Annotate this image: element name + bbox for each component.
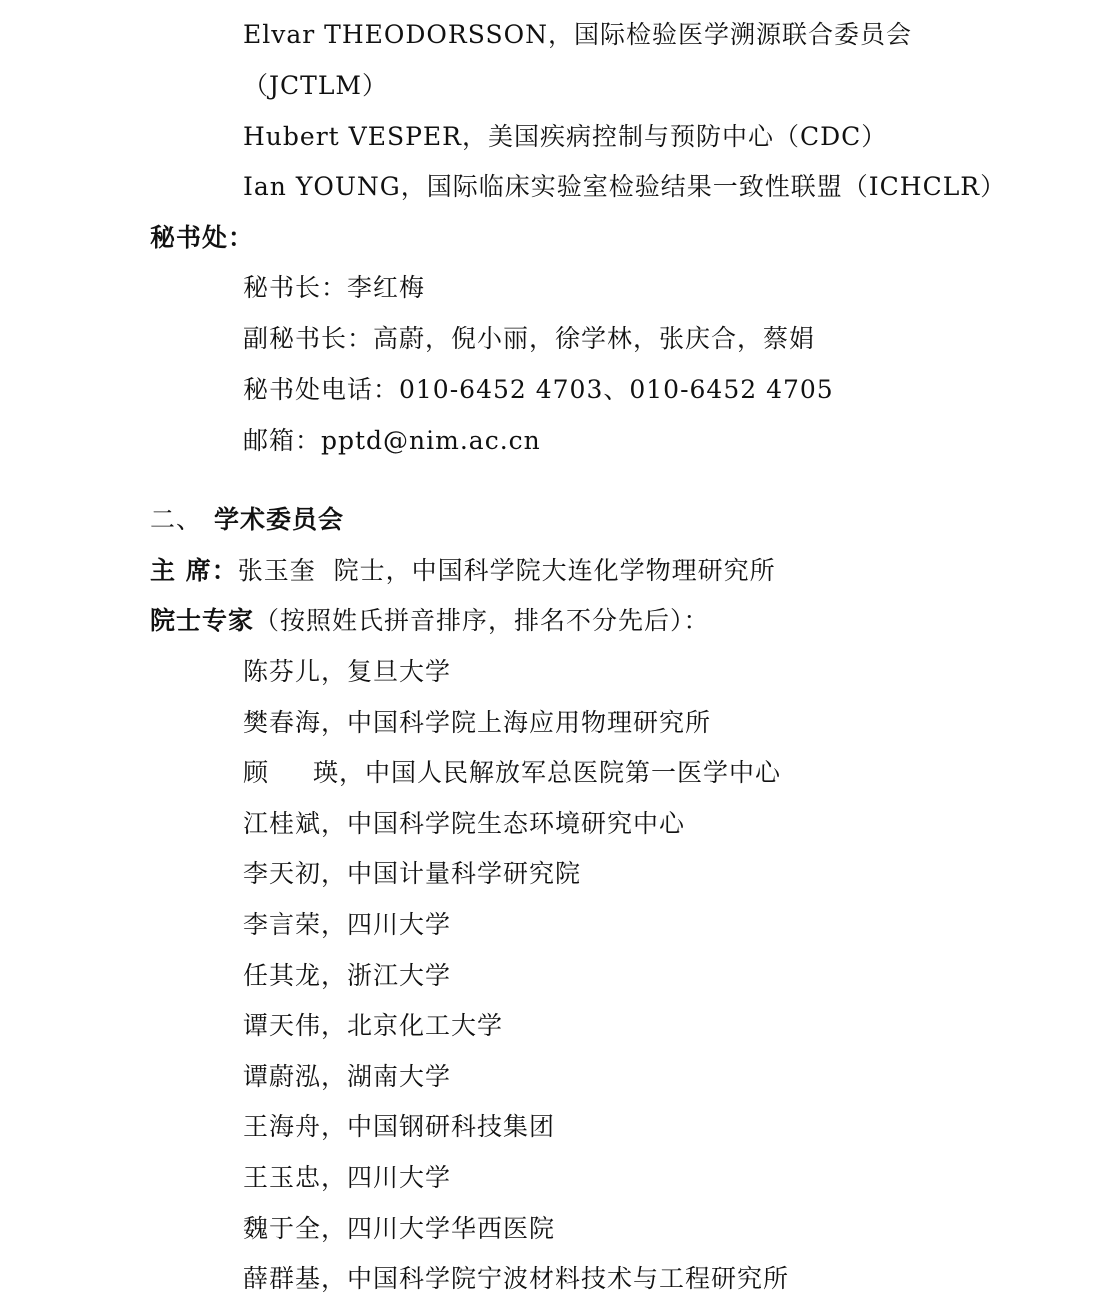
secretariat-email: 邮箱：pptd@nim.ac.cn — [243, 425, 541, 457]
list-item: 樊春海，中国科学院上海应用物理研究所 — [243, 707, 711, 739]
academicians-line: 院士专家（按照姓氏拼音排序，排名不分先后）： — [150, 605, 710, 637]
member-name: Ian YOUNG — [243, 172, 401, 201]
secretary-general: 秘书长：李红梅 — [243, 272, 425, 304]
intl-member-young: Ian YOUNG，国际临床实验室检验结果一致性联盟（ICHCLR） — [243, 171, 1006, 203]
list-item: 李言荣，四川大学 — [243, 909, 451, 941]
list-item: 江桂斌，中国科学院生态环境研究中心 — [243, 808, 685, 840]
deputy-secretaries: 副秘书长：高蔚，倪小丽，徐学林，张庆合，蔡娟 — [243, 323, 815, 355]
list-item: 魏于全，四川大学华西医院 — [243, 1213, 555, 1245]
intl-member-theodorsson: Elvar THEODORSSON，国际检验医学溯源联合委员会 — [243, 19, 912, 51]
list-item: 李天初，中国计量科学研究院 — [243, 858, 581, 890]
member-org: 国际检验医学溯源联合委员会 — [574, 20, 912, 49]
chair-line: 主 席：张玉奎 院士，中国科学院大连化学物理研究所 — [150, 555, 776, 587]
list-item: 王海舟，中国钢研科技集团 — [243, 1111, 555, 1143]
chair-value: 张玉奎 院士，中国科学院大连化学物理研究所 — [238, 556, 776, 585]
section-number: 二、 — [150, 505, 202, 534]
list-item: 陈芬儿，复旦大学 — [243, 656, 451, 688]
list-item: 谭天伟，北京化工大学 — [243, 1010, 503, 1042]
section-title: 学术委员会 — [214, 505, 344, 534]
intl-member-vesper: Hubert VESPER，美国疾病控制与预防中心（CDC） — [243, 121, 887, 153]
list-item: 王玉忠，四川大学 — [243, 1162, 451, 1194]
list-item: 谭蔚泓，湖南大学 — [243, 1061, 451, 1093]
secretariat-heading: 秘书处： — [150, 222, 254, 254]
member-org: 美国疾病控制与预防中心（CDC） — [488, 122, 887, 151]
secretariat-phone: 秘书处电话：010-6452 4703、010-6452 4705 — [243, 374, 834, 406]
member-org: 国际临床实验室检验结果一致性联盟（ICHCLR） — [427, 172, 1006, 201]
list-item: 顾瑛，中国人民解放军总医院第一医学中心 — [243, 757, 781, 789]
chair-label: 主 席： — [150, 556, 238, 585]
intl-member-continuation: （JCTLM） — [243, 70, 388, 102]
member-name: Elvar THEODORSSON — [243, 20, 548, 49]
section-heading: 二、学术委员会 — [150, 504, 344, 536]
academicians-label: 院士专家 — [150, 606, 254, 635]
academicians-note: （按照姓氏拼音排序，排名不分先后）： — [254, 606, 710, 635]
list-item: 任其龙，浙江大学 — [243, 960, 451, 992]
list-item: 薛群基，中国科学院宁波材料技术与工程研究所 — [243, 1263, 789, 1295]
member-name: Hubert VESPER — [243, 122, 462, 151]
